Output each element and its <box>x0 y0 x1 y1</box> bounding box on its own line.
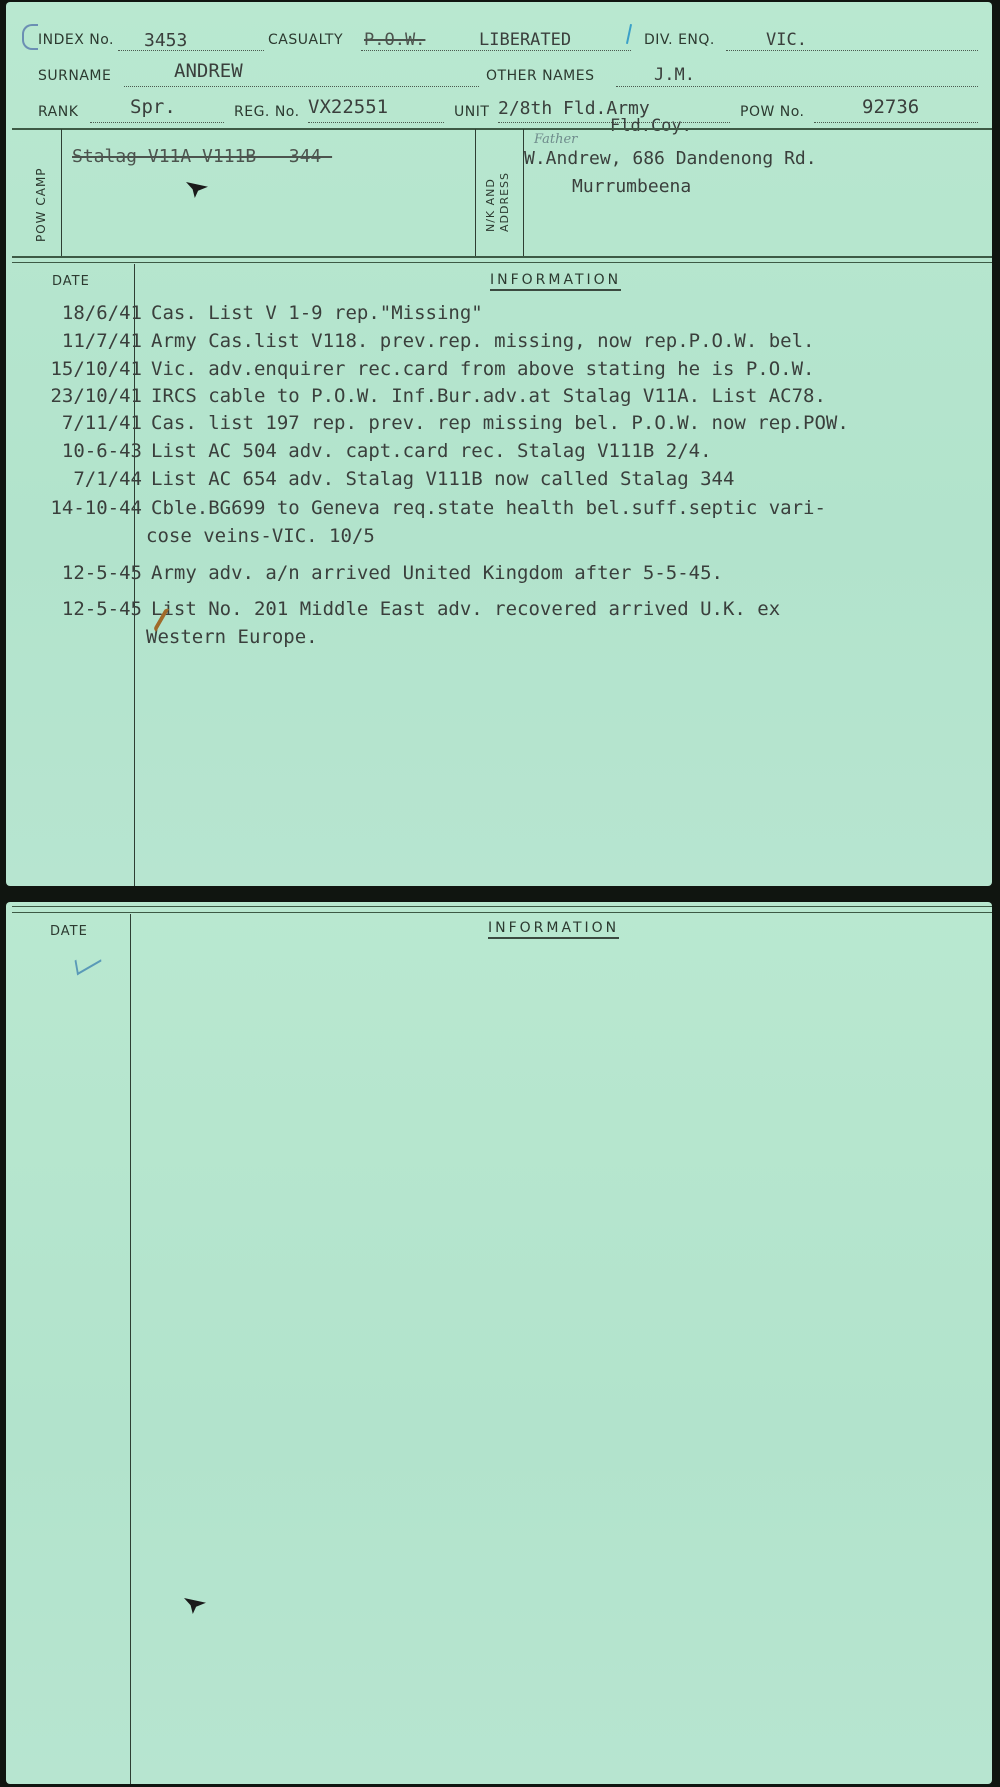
nok-address-line2: Murrumbeena <box>572 176 691 197</box>
index-label: INDEX No. <box>38 32 114 48</box>
back-top-rule-2 <box>12 912 992 913</box>
reg-no-label: REG. No. <box>234 104 300 120</box>
blue-pen-mark <box>626 24 632 44</box>
pow-camp-divider <box>61 129 62 256</box>
date-header: DATE <box>52 274 90 289</box>
nok-label-line1: N/K AND <box>484 162 497 232</box>
log-entry-text-continued: cose veins-VIC. 10/5 <box>146 525 375 547</box>
other-names-underline <box>616 86 978 87</box>
reg-no-underline <box>308 122 444 123</box>
pow-no-value: 92736 <box>862 96 919 118</box>
box-bottom-rule-2 <box>12 262 992 263</box>
log-entry-date: 14-10-44 <box>14 497 142 519</box>
back-date-header: DATE <box>50 924 88 939</box>
box-bottom-rule <box>12 256 992 258</box>
log-entry-date: 15/10/41 <box>14 358 142 380</box>
punch-hole-mark <box>186 182 208 198</box>
log-entry-date: 11/7/41 <box>14 330 142 352</box>
back-punch-hole-mark <box>184 1598 206 1614</box>
log-entry-text: Cas. list 197 rep. prev. rep missing bel… <box>151 412 849 434</box>
div-enq-value: VIC. <box>766 30 807 50</box>
log-entry-text: IRCS cable to P.O.W. Inf.Bur.adv.at Stal… <box>151 385 826 407</box>
pow-camp-value: Stalag V11A V111B --344- <box>72 146 332 167</box>
rank-value: Spr. <box>130 96 176 118</box>
index-underline <box>118 50 264 51</box>
casualty-label: CASUALTY <box>268 32 343 48</box>
back-date-column-divider <box>130 914 131 1784</box>
other-names-value: J.M. <box>654 65 695 85</box>
surname-underline <box>124 86 479 87</box>
log-entry-date: 12-5-45 <box>14 562 142 584</box>
pow-no-underline <box>814 122 978 123</box>
record-card-back: DATE INFORMATION <box>6 902 992 1784</box>
log-entry-text: Cas. List V 1-9 rep."Missing" <box>151 302 483 324</box>
log-entry-date: 7/1/44 <box>14 468 142 490</box>
div-enq-underline <box>726 50 978 51</box>
log-entry-date: 7/11/41 <box>14 412 142 434</box>
log-entry-text: Army adv. a/n arrived United Kingdom aft… <box>151 562 723 584</box>
reg-no-value: VX22551 <box>308 96 388 118</box>
pow-camp-label: POW CAMP <box>34 150 48 242</box>
nok-label-line2: ADDRESS <box>498 162 511 232</box>
log-entry-date: 12-5-45 <box>14 598 142 620</box>
record-card-front: INDEX No. 3453 CASUALTY P.O.W. LIBERATED… <box>6 2 992 886</box>
casualty-value: LIBERATED <box>479 30 571 50</box>
surname-label: SURNAME <box>38 68 111 84</box>
other-names-label: OTHER NAMES <box>486 68 594 84</box>
log-entry-date: 10-6-43 <box>14 440 142 462</box>
back-information-header: INFORMATION <box>488 920 619 939</box>
nok-address-line1: W.Andrew, 686 Dandenong Rd. <box>524 148 817 169</box>
box-top-rule <box>12 128 992 130</box>
blue-tick-mark <box>75 947 102 976</box>
log-entry-text: List No. 201 Middle East adv. recovered … <box>151 598 780 620</box>
unit-value-line2: Fld.Coy. <box>610 116 692 136</box>
surname-value: ANDREW <box>174 60 243 82</box>
handwritten-c-mark <box>22 24 38 50</box>
log-entry-text: List AC 654 adv. Stalag V111B now called… <box>151 468 734 490</box>
rank-underline <box>90 122 224 123</box>
div-enq-label: DIV. ENQ. <box>644 32 715 48</box>
log-entry-text: List AC 504 adv. capt.card rec. Stalag V… <box>151 440 712 462</box>
index-value: 3453 <box>144 30 187 51</box>
information-header: INFORMATION <box>490 272 621 291</box>
back-top-rule <box>12 906 992 907</box>
log-entry-date: 23/10/41 <box>14 385 142 407</box>
log-entry-text: Cble.BG699 to Geneva req.state health be… <box>151 497 826 519</box>
log-entry-text: Vic. adv.enquirer rec.card from above st… <box>151 358 814 380</box>
log-entry-text: Army Cas.list V118. prev.rep. missing, n… <box>151 330 814 352</box>
rank-label: RANK <box>38 104 78 120</box>
unit-label: UNIT <box>454 104 489 120</box>
pow-no-label: POW No. <box>740 104 805 120</box>
camp-nok-divider <box>475 129 476 256</box>
casualty-underline <box>361 50 631 51</box>
nok-relation-handwritten: Father <box>534 132 577 147</box>
log-entry-date: 18/6/41 <box>14 302 142 324</box>
casualty-struck-value: P.O.W. <box>364 30 425 50</box>
